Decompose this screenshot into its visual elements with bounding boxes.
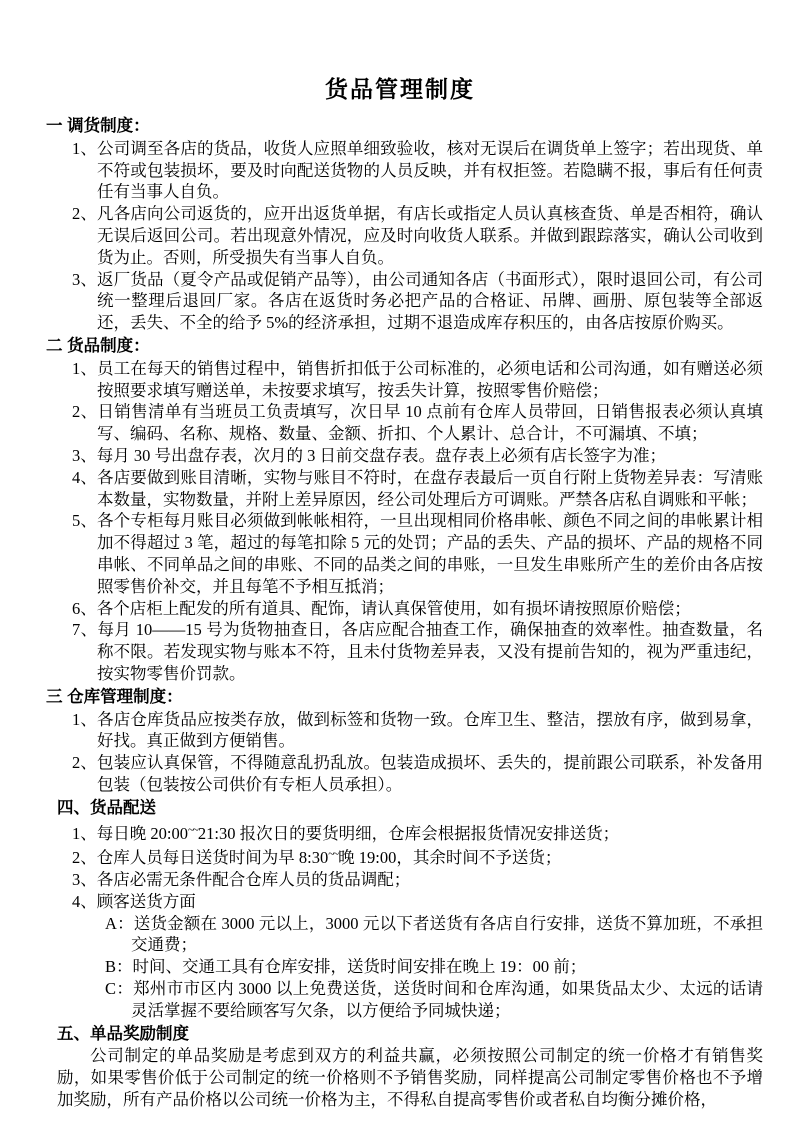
list-item: 6、各个店柜上配发的所有道具、配饰，请认真保管使用，如有损坏请按照原价赔偿； [97,598,763,620]
sub-list-item: B：时间、交通工具有仓库安排，送货时间安排在晚上 19：00 前； [131,956,763,978]
section-delivery-rules: 四、货品配送 1、每日晚 20:00~~21:30 报次日的要货明细，仓库会根据… [0,798,800,1022]
section-goods-rules: 二 货品制度： 1、员工在每天的销售过程中，销售折扣低于公司标准的，必须电话和公… [0,336,800,685]
section-transfer-rules: 一 调货制度： 1、公司调至各店的货品，收货人应照单细致验收，核对无误后在调货单… [0,116,800,334]
list-item: 2、包装应认真保管，不得随意乱扔乱放。包装造成损坏、丢失的，提前跟公司联系，补发… [97,752,763,796]
list-item-text: 晚 19:00，其余时间不予送货； [338,848,561,867]
list-item: 5、各个专柜每月账目必须做到帐帐相符，一旦出现相同价格串帐、颜色不同之间的串帐累… [97,510,763,597]
list-item-text: 2、仓库人员每日送货时间为早 8:30 [72,848,328,867]
tilde-range-mark: ~~ [328,848,338,860]
list-item: 4、顾客送货方面 [97,891,763,913]
section-heading: 二 货品制度： [46,336,763,358]
list-item: 2、日销售清单有当班员工负责填写，次日早 10 点前有仓库人员带回，日销售报表必… [97,401,763,445]
section-heading: 一 调货制度： [46,116,763,138]
paragraph: 公司制定的单品奖励是考虑到双方的利益共赢，必须按照公司制定的统一价格才有销售奖励… [57,1045,763,1110]
page-title: 货品管理制度 [0,74,800,104]
sub-list-item: A：送货金额在 3000 元以上，3000 元以下者送货有各店自行安排，送货不算… [131,913,763,957]
list-item: 1、每日晚 20:00~~21:30 报次日的要货明细，仓库会根据报货情况安排送… [97,820,763,845]
document-page: 货品管理制度 一 调货制度： 1、公司调至各店的货品，收货人应照单细致验收，核对… [0,0,800,1132]
list-item: 1、公司调至各店的货品，收货人应照单细致验收，核对无误后在调货单上签字；若出现货… [97,138,763,203]
section-heading: 五、单品奖励制度 [57,1024,763,1046]
list-item-text: 1、每日晚 20:00 [72,824,188,843]
list-item: 2、仓库人员每日送货时间为早 8:30~~晚 19:00，其余时间不予送货； [97,844,763,869]
list-item-text: 21:30 报次日的要货明细，仓库会根据报货情况安排送货； [198,824,619,843]
section-warehouse-rules: 三 仓库管理制度： 1、各店仓库货品应按类存放，做到标签和货物一致。仓库卫生、整… [0,687,800,796]
list-item: 7、每月 10——15 号为货物抽查日，各店应配合抽查工作，确保抽查的效率性。抽… [97,619,763,684]
list-item: 4、各店要做到账目清晰，实物与账目不符时，在盘存表最后一页自行附上货物差异表：写… [97,467,763,511]
list-item: 3、每月 30 号出盘存表，次月的 3 日前交盘存表。盘存表上必须有店长签字为准… [97,445,763,467]
list-item: 2、凡各店向公司返货的，应开出返货单据，有店长或指定人员认真核查货、单是否相符，… [97,203,763,268]
list-item: 1、各店仓库货品应按类存放，做到标签和货物一致。仓库卫生、整洁，摆放有序，做到易… [97,709,763,753]
list-item: 3、返厂货品（夏令产品或促销产品等），由公司通知各店（书面形式），限时退回公司，… [97,269,763,334]
tilde-range-mark: ~~ [188,824,198,836]
section-heading: 三 仓库管理制度： [46,687,763,709]
list-item: 3、各店必需无条件配合仓库人员的货品调配； [97,869,763,891]
list-item: 1、员工在每天的销售过程中，销售折扣低于公司标准的，必须电话和公司沟通，如有赠送… [97,358,763,402]
section-reward-rules: 五、单品奖励制度 公司制定的单品奖励是考虑到双方的利益共赢，必须按照公司制定的统… [0,1024,800,1111]
sub-list-item: C：郑州市市区内 3000 以上免费送货，送货时间和仓库沟通，如果货品太少、太远… [131,978,763,1022]
section-heading: 四、货品配送 [57,798,763,820]
